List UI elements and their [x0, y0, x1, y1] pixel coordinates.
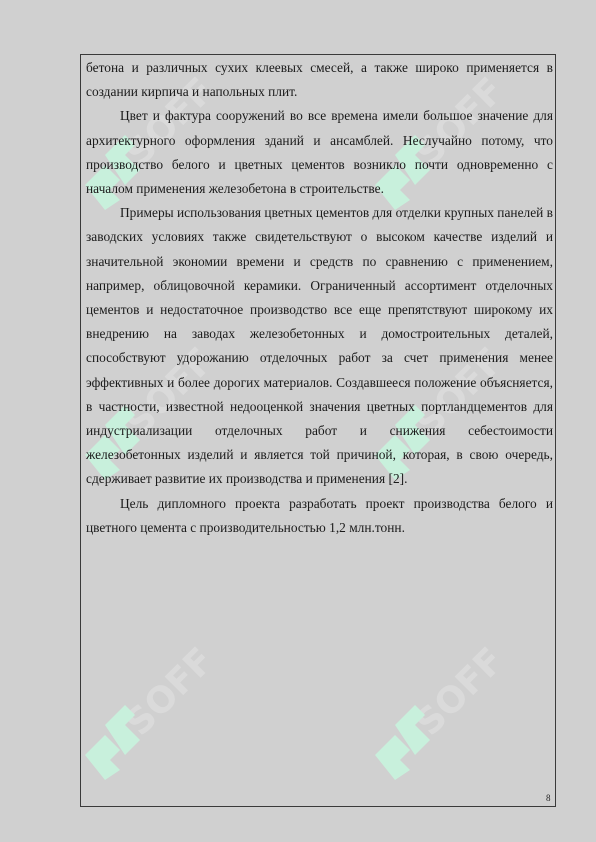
paragraph: бетона и различных сухих клеевых смесей,… — [86, 56, 553, 104]
document-body: бетона и различных сухих клеевых смесей,… — [86, 56, 553, 540]
paragraph: Примеры использования цветных цементов д… — [86, 201, 553, 491]
paragraph: Цель дипломного проекта разработать прое… — [86, 492, 553, 540]
paragraph: Цвет и фактура сооружений во все времена… — [86, 104, 553, 201]
page-number: 8 — [546, 793, 551, 803]
